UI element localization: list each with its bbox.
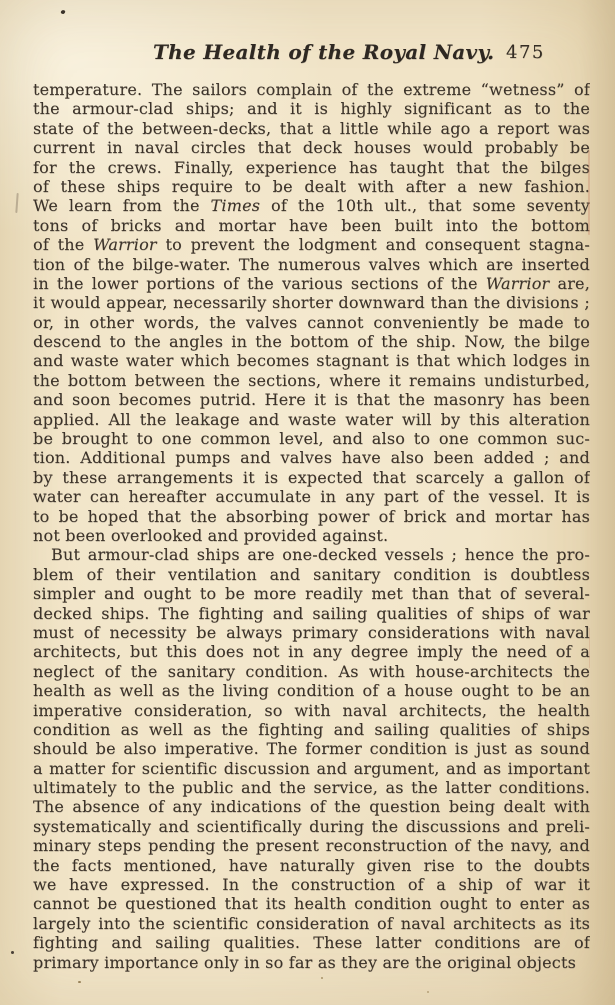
text-line: of the Warrior to prevent the lodgment a… [33,235,590,254]
text-line: or, in other words, the valves cannot co… [33,313,590,332]
paragraph: But armour-clad ships are one-decked ves… [33,545,590,972]
text-line: tion of the bilge-water. The numerous va… [33,255,590,274]
text-line: We learn from the Times of the 10th ult.… [33,196,590,215]
text-line: The absence of any indications of the qu… [33,797,590,816]
page-body: temperature. The sailors complain of the… [33,80,590,972]
text-line: should be also imperative. The former co… [33,739,590,758]
ink-speck [321,977,323,979]
text-line: imperative consideration, so with naval … [33,701,590,720]
text-line: neglect of the sanitary condition. As wi… [33,662,590,681]
text-line: architects, but this does not in any deg… [33,642,590,661]
text-line: systematically and scientifically during… [33,817,590,836]
text-line: we have expressed. In the construction o… [33,875,590,894]
text-line: it would appear, necessarily shorter dow… [33,293,590,312]
text-line: of these ships require to be dealt with … [33,177,590,196]
text-line: primary importance only in so far as the… [33,953,590,972]
text-line: cannot be questioned that its health con… [33,894,590,913]
text-line: fighting and sailing qualities. These la… [33,933,590,952]
text-line: and soon becomes putrid. Here it is that… [33,390,590,409]
text-line: state of the between-decks, that a littl… [33,119,590,138]
text-line: But armour-clad ships are one-decked ves… [33,545,590,564]
text-line: must of necessity be always primary cons… [33,623,590,642]
ink-speck [11,951,14,954]
scanned-book-page: The Health of the Royal Navy. 475 temper… [0,0,615,1005]
text-line: blem of their ventilation and sanitary c… [33,565,590,584]
running-head: The Health of the Royal Navy. 475 [0,40,615,68]
text-line: for the crews. Finally, experience has t… [33,158,590,177]
text-line: not been overlooked and provided against… [33,526,590,545]
ink-speck [427,991,429,993]
text-line: condition as well as the fighting and sa… [33,720,590,739]
text-line: a matter for scientific discussion and a… [33,759,590,778]
pencil-mark [15,193,18,213]
ink-speck [78,981,81,983]
text-line: current in naval circles that deck house… [33,138,590,157]
text-line: in the lower portions of the various sec… [33,274,590,293]
text-line: largely into the scientific consideratio… [33,914,590,933]
text-line: water can hereafter accumulate in any pa… [33,487,590,506]
text-line: descend to the angles in the bottom of t… [33,332,590,351]
text-line: simpler and ought to be more readily met… [33,584,590,603]
paragraph: temperature. The sailors complain of the… [33,80,590,545]
text-line: the facts mentioned, have naturally give… [33,856,590,875]
text-line: minary steps pending the present reconst… [33,836,590,855]
text-line: temperature. The sailors complain of the… [33,80,590,99]
page-title: The Health of the Royal Navy. [153,40,494,64]
text-line: be brought to one common level, and also… [33,429,590,448]
text-line: the armour-clad ships; and it is highly … [33,99,590,118]
text-line: the bottom between the sections, where i… [33,371,590,390]
text-line: decked ships. The fighting and sailing q… [33,604,590,623]
page-number: 475 [506,42,545,63]
text-line: by these arrangements it is expected tha… [33,468,590,487]
text-line: tion. Additional pumps and valves have a… [33,448,590,467]
text-line: applied. All the leakage and waste water… [33,410,590,429]
text-line: to be hoped that the absorbing power of … [33,507,590,526]
text-line: ultimately to the public and the service… [33,778,590,797]
text-line: tons of bricks and mortar have been buil… [33,216,590,235]
ink-speck [60,9,65,14]
text-line: health as well as the living condition o… [33,681,590,700]
text-line: and waste water which becomes stagnant i… [33,351,590,370]
